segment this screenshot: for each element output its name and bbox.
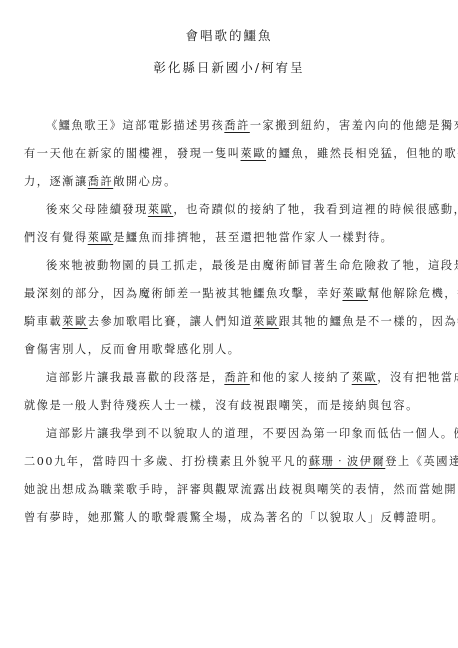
text-segment: 登上《英國達人秀》，當	[385, 455, 458, 468]
text-segment: 就像是一般人對待殘疾人士一樣，沒有歧視跟嘲笑，而是接納與包容。	[24, 399, 419, 412]
text-segment: 《鱷魚歌王》這部電影描述男孩	[46, 119, 224, 132]
character-name: 萊歐	[148, 203, 173, 216]
document-author: 彰化縣日新國小/柯宥呈	[0, 58, 458, 76]
text-line: 會傷害別人，反而會用歌聲感化別人。	[24, 336, 434, 364]
text-line: 曾有夢時，她那驚人的歌聲震驚全場，成為著名的「以貌取人」反轉證明。	[24, 504, 434, 532]
text-line: 有一天他在新家的閣樓裡，發現一隻叫萊歐的鱷魚，雖然長相兇猛，但牠的歌聲充滿魔	[24, 140, 434, 168]
text-segment: ，沒有把牠當成異類，	[377, 371, 458, 384]
text-line: 二00九年，當時四十多歲、打扮樸素且外貌平凡的蘇珊‧波伊爾登上《英國達人秀》，當	[24, 448, 434, 476]
character-name: 喬許	[88, 175, 113, 188]
text-segment: 力，逐漸讓	[24, 175, 88, 188]
text-segment: 敞開心房。	[113, 175, 177, 188]
text-segment: ，也奇蹟似的接納了牠，我看到這裡的時候很感動，因為他	[173, 203, 458, 216]
text-segment: 幫他解除危機，後來	[368, 287, 458, 300]
character-name: 萊歐	[88, 231, 113, 244]
text-segment: 這部影片讓我最喜歡的段落是，	[46, 371, 224, 384]
text-line: 就像是一般人對待殘疾人士一樣，沒有歧視跟嘲笑，而是接納與包容。	[24, 392, 434, 420]
text-segment: 去參加歌唱比賽，讓人們知道	[88, 315, 254, 328]
text-line: 騎車載萊歐去參加歌唱比賽，讓人們知道萊歐跟其牠的鱷魚是不一樣的，因為牠不但不	[24, 308, 434, 336]
character-name: 萊歐	[253, 315, 278, 328]
text-line: 她說出想成為職業歌手時，評審與觀眾流露出歧視與嘲笑的表情，然而當她開口演唱我	[24, 476, 434, 504]
text-segment: 會傷害別人，反而會用歌聲感化別人。	[24, 343, 241, 356]
text-segment: 曾有夢時，她那驚人的歌聲震驚全場，成為著名的「以貌取人」反轉證明。	[24, 511, 444, 524]
text-segment: 後來父母陸續發現	[46, 203, 148, 216]
text-segment: 騎車載	[24, 315, 62, 328]
character-name: 萊歐	[342, 287, 367, 300]
document-page: 會唱歌的鱷魚 彰化縣日新國小/柯宥呈 《鱷魚歌王》這部電影描述男孩喬許一家搬到紐…	[0, 0, 458, 648]
text-segment: 後來牠被動物園的員工抓走，最後是由魔術師冒著生命危險救了牠，這段是我印象	[46, 259, 458, 272]
person-name: 蘇珊‧波伊爾	[309, 455, 385, 468]
text-line: 力，逐漸讓喬許敞開心房。	[24, 168, 434, 196]
character-name: 萊歐	[352, 371, 377, 384]
text-segment: 她說出想成為職業歌手時，評審與觀眾流露出歧視與嘲笑的表情，然而當她開口演唱我	[24, 483, 458, 496]
text-line: 們沒有覺得萊歐是鱷魚而排擠牠，甚至還把牠當作家人一樣對待。	[24, 224, 434, 252]
document-title: 會唱歌的鱷魚	[0, 26, 458, 44]
text-segment: 的鱷魚，雖然長相兇猛，但牠的歌聲充滿魔	[266, 147, 458, 160]
text-line: 最深刻的部分，因為魔術師差一點被其牠鱷魚攻擊，幸好萊歐幫他解除危機，後來喬許	[24, 280, 434, 308]
text-line: 這部影片讓我學到不以貌取人的道理，不要因為第一印象而低估一個人。例如：在	[24, 420, 434, 448]
character-name: 萊歐	[241, 147, 266, 160]
text-segment: 是鱷魚而排擠牠，甚至還把牠當作家人一樣對待。	[113, 231, 393, 244]
text-segment: 有一天他在新家的閣樓裡，發現一隻叫	[24, 147, 241, 160]
text-segment: 二00九年，當時四十多歲、打扮樸素且外貌平凡的	[24, 455, 309, 468]
character-name: 喬許	[224, 119, 249, 132]
text-segment: 和他的家人接納了	[250, 371, 352, 384]
character-name: 喬許	[224, 371, 249, 384]
text-line: 《鱷魚歌王》這部電影描述男孩喬許一家搬到紐約，害羞內向的他總是獨來獨往，	[24, 112, 434, 140]
text-line: 這部影片讓我最喜歡的段落是，喬許和他的家人接納了萊歐，沒有把牠當成異類，	[24, 364, 434, 392]
document-body: 《鱷魚歌王》這部電影描述男孩喬許一家搬到紐約，害羞內向的他總是獨來獨往， 有一天…	[24, 112, 434, 532]
text-segment: 們沒有覺得	[24, 231, 88, 244]
text-segment: 最深刻的部分，因為魔術師差一點被其牠鱷魚攻擊，幸好	[24, 287, 342, 300]
text-line: 後來父母陸續發現萊歐，也奇蹟似的接納了牠，我看到這裡的時候很感動，因為他	[24, 196, 434, 224]
text-line: 後來牠被動物園的員工抓走，最後是由魔術師冒著生命危險救了牠，這段是我印象	[24, 252, 434, 280]
text-segment: 跟其牠的鱷魚是不一樣的，因為牠不但不	[279, 315, 458, 328]
character-name: 萊歐	[62, 315, 87, 328]
text-segment: 一家搬到紐約，害羞內向的他總是獨來獨往，	[250, 119, 458, 132]
text-segment: 這部影片讓我學到不以貌取人的道理，不要因為第一印象而低估一個人。例如：在	[46, 427, 458, 440]
